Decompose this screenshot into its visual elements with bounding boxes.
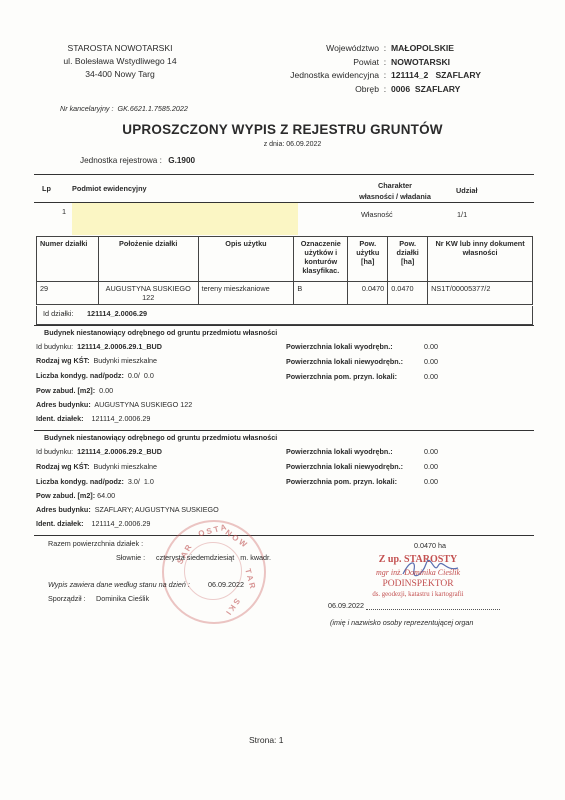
total-area-value: 0.0470 ha (414, 541, 446, 550)
col-numer: Numer działki (37, 237, 99, 282)
official-stamp: S A R O S T A N O W T A R S K I (162, 520, 266, 624)
col-pow-dzialki: Pow. działki [ha] (388, 237, 428, 282)
col-opis: Opis użytku (198, 237, 294, 282)
office-name: STAROSTA NOWOTARSKI (40, 42, 200, 55)
col-oznaczenie: Oznaczenie użytków i konturów klasyfikac… (294, 237, 348, 282)
table-row: 29 AUGUSTYNA SUSKIEGO 122 tereny mieszka… (37, 282, 533, 305)
in-words-value: czterysta siedemdziesiąt m. kwadr. (156, 553, 271, 562)
signature-line (366, 609, 500, 610)
prepared-by-label: Sporządził : (48, 594, 86, 603)
registry-unit: Jednostka rejestrowa : G.1900 (80, 156, 195, 165)
location-row: Województwo:MAŁOPOLSKIE (255, 42, 481, 56)
sig-position: PODINSPEKTOR (338, 579, 498, 589)
reference-number: Nr kancelaryjny : GK.6621.1.7585.2022 (60, 104, 188, 113)
office-address: STAROSTA NOWOTARSKI ul. Bolesława Wstydl… (40, 42, 200, 81)
col-pow-uzytku: Pow. użytku [ha] (348, 237, 388, 282)
location-info: Województwo:MAŁOPOLSKIE Powiat:NOWOTARSK… (255, 42, 481, 96)
owner-udzial: 1/1 (457, 210, 467, 219)
parcel-id: 121114_2.0006.29 (87, 309, 147, 318)
office-street: ul. Bolesława Wstydliwego 14 (40, 55, 200, 68)
prepared-by-name: Dominika Cieślik (96, 594, 149, 603)
col-polozenie: Położenie działki (98, 237, 198, 282)
stamp-eagle-icon (184, 542, 242, 600)
sign-date: 06.09.2022 (328, 601, 364, 610)
divider (34, 535, 534, 536)
building-block-1: Budynek niestanowiący odrębnego od grunt… (36, 326, 533, 426)
total-area-label: Razem powierzchnia działek : (48, 539, 143, 548)
col-kw: Nr KW lub inny dokument własności (428, 237, 533, 282)
divider (34, 174, 534, 175)
owner-lp: 1 (62, 207, 66, 216)
in-words-label: Słownie : (116, 553, 145, 562)
location-row: Jednostka ewidencyjna:121114_2 SZAFLARY (255, 69, 481, 83)
owners-header-charakter: Charakter własności / władania (345, 180, 445, 202)
page-number: Strona: 1 (249, 735, 284, 745)
sign-caption: (imię i nazwisko osoby reprezentującej o… (330, 618, 473, 627)
building-block-2: Budynek niestanowiący odrębnego od grunt… (36, 431, 533, 531)
document-title: UPROSZCZONY WYPIS Z REJESTRU GRUNTÓW (0, 122, 565, 137)
owner-charakter: Własność (361, 210, 393, 219)
location-row: Obręb:0006 SZAFLARY (255, 83, 481, 97)
redacted-owner (72, 203, 298, 235)
location-row: Powiat:NOWOTARSKI (255, 56, 481, 70)
data-state-date: 06.09.2022 (208, 580, 244, 589)
owners-header-udzial: Udział (456, 186, 478, 195)
data-state-label: Wypis zawiera dane według stanu na dzień… (48, 580, 190, 589)
document-date: z dnia: 06.09.2022 (0, 141, 565, 148)
owners-header-lp: Lp (42, 184, 51, 193)
sig-department: ds. geodezji, katastru i kartografii (338, 591, 498, 598)
table-header-row: Numer działki Położenie działki Opis uży… (37, 237, 533, 282)
owners-header-podmiot: Podmiot ewidencyjny (72, 184, 147, 193)
parcels-table: Numer działki Położenie działki Opis uży… (36, 236, 533, 305)
office-city: 34-400 Nowy Targ (40, 68, 200, 81)
parcel-id-box: Id działki: 121114_2.0006.29 (36, 306, 533, 325)
sig-name: mgr inż. Dominika Cieślik (338, 568, 498, 577)
